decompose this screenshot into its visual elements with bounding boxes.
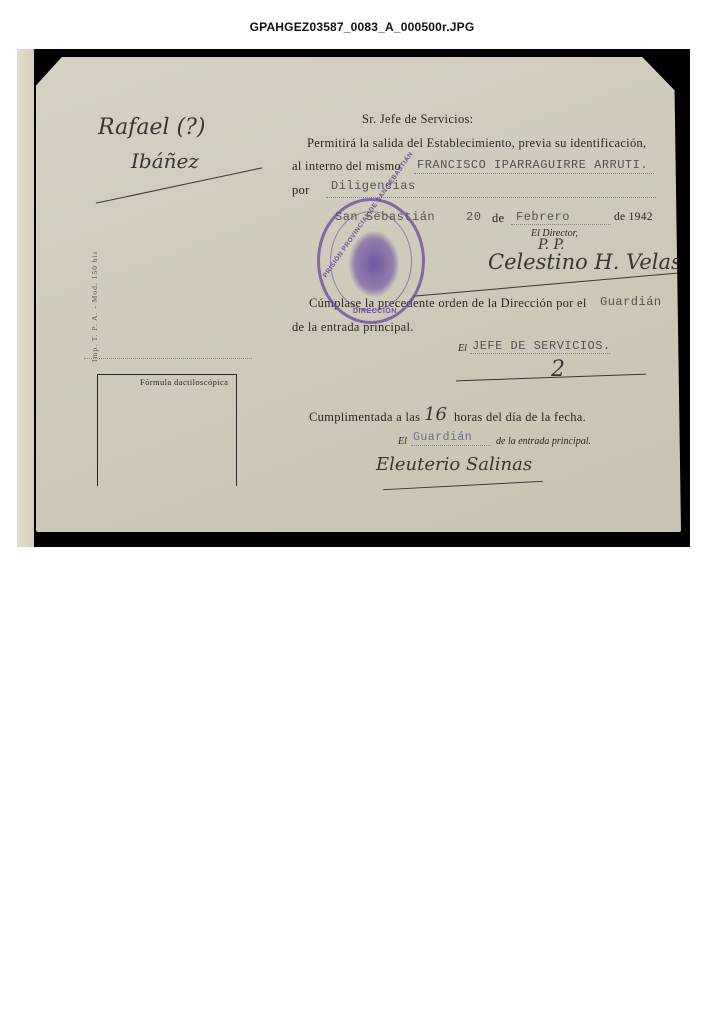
- name-dotted-line: [414, 173, 654, 174]
- director-signature: Celestino H. Velasco: [488, 250, 706, 274]
- official-stamp: PRISIÓN PROVINCIAL DE SAN SEBASTIÁN DIRE…: [317, 198, 425, 324]
- guard-dotted-line: [411, 445, 491, 446]
- signature-underline: [412, 272, 681, 297]
- guard-suffix: de la entrada principal.: [496, 436, 591, 447]
- stamp-text-bottom: DIRECCIÓN: [353, 308, 397, 315]
- guard-signature: Eleuterio Salinas: [376, 454, 532, 475]
- fulfilled-hour: 16: [424, 404, 447, 425]
- salutation: Sr. Jefe de Servicios:: [362, 112, 473, 127]
- compliance-line-2: de la entrada principal.: [292, 320, 414, 335]
- chief-rubric-mark: 2: [551, 357, 565, 382]
- date-de: de: [492, 211, 504, 226]
- order-line-2-label: al interno del mismo: [292, 159, 401, 174]
- fulfilled-suffix: horas del día de la fecha.: [454, 410, 586, 425]
- guard-signature-flourish: [383, 481, 543, 490]
- fingerprint-box: [97, 374, 237, 486]
- scanned-document: Rafael (?) Ibáñez Imp. T. P. A. - Mod. 1…: [17, 49, 690, 547]
- handwritten-name-line1: Rafael (?): [98, 115, 205, 140]
- compliance-guard: Guardián: [600, 295, 662, 309]
- year-suffix: 2: [647, 211, 653, 223]
- fingerprint-dotted-line: [84, 358, 252, 359]
- chief-el: El: [458, 343, 467, 354]
- order-line-3-label: por: [292, 183, 310, 198]
- month: Febrero: [516, 210, 570, 224]
- year-prefix: de 194: [614, 211, 647, 223]
- eagle-emblem-icon: [349, 231, 399, 297]
- month-dotted-line: [511, 224, 611, 225]
- chief-title: JEFE DE SERVICIOS.: [472, 339, 611, 353]
- reason: Diligencias: [331, 179, 416, 193]
- left-paper-strip: [17, 49, 34, 547]
- inmate-name: FRANCISCO IPARRAGUIRRE ARRUTI.: [417, 158, 648, 172]
- fulfilled-prefix: Cumplimentada a las: [309, 410, 420, 425]
- printer-imprint: Imp. T. P. A. - Mod. 150 his: [90, 251, 99, 362]
- handwritten-name-line2: Ibáñez: [131, 149, 199, 173]
- release-order-card: Rafael (?) Ibáñez Imp. T. P. A. - Mod. 1…: [36, 57, 681, 532]
- document-filename: GPAHGEZ03587_0083_A_000500r.JPG: [0, 20, 724, 34]
- guard-title: Guardián: [413, 431, 472, 444]
- guard-el: El: [398, 436, 407, 447]
- order-line-1: Permitirá la salida del Establecimiento,…: [307, 136, 646, 151]
- day: 20: [466, 210, 481, 224]
- year: de 1942: [614, 211, 653, 223]
- chief-dotted-line: [470, 353, 610, 354]
